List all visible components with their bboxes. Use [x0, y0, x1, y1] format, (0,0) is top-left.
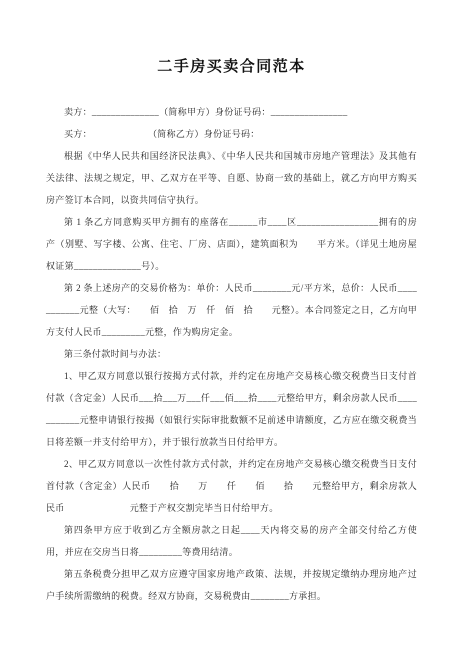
contract-clause-3-item-2: 2、甲乙双方同意以一次性付款方式付款，并约定在房地产交易核心缴交税费当日支付首付… [46, 453, 417, 519]
contract-clause-1: 第 1 条乙方同意购买甲方拥有的座落在______市____区_________… [46, 211, 417, 277]
contract-preamble: 根据《中华人民共和国经济民法典》、《中华人民共和国城市房地产管理法》及其他有关法… [46, 145, 417, 211]
document-body: 卖方：______________（简称甲方）身份证号码：___________… [0, 101, 463, 607]
document-title: 二手房买卖合同范本 [0, 57, 463, 77]
contract-clause-2: 第 2 条上述房产的交易价格为：单价：人民币________元/平方米，总价：人… [46, 277, 417, 343]
contract-clause-3-heading: 第三条付款时间与办法： [46, 343, 417, 365]
contract-party-seller-line: 卖方：______________（简称甲方）身份证号码：___________… [46, 101, 417, 123]
contract-party-buyer-line: 买方： （简称乙方）身份证号码： [46, 123, 417, 145]
contract-clause-5: 第五条税费分担甲乙双方应遵守国家房地产政策、法规，并按规定缴纳办理房地产过户手续… [46, 563, 417, 607]
contract-clause-4: 第四条甲方应于收到乙方全额房款之日起____天内将交易的房产全部交付给乙方使用，… [46, 519, 417, 563]
contract-clause-3-item-1: 1、甲乙双方同意以银行按揭方式付款，并约定在房地产交易核心缴交税费当日支付首付款… [46, 365, 417, 453]
contract-document-page: 二手房买卖合同范本 卖方：______________（简称甲方）身份证号码：_… [0, 0, 463, 655]
